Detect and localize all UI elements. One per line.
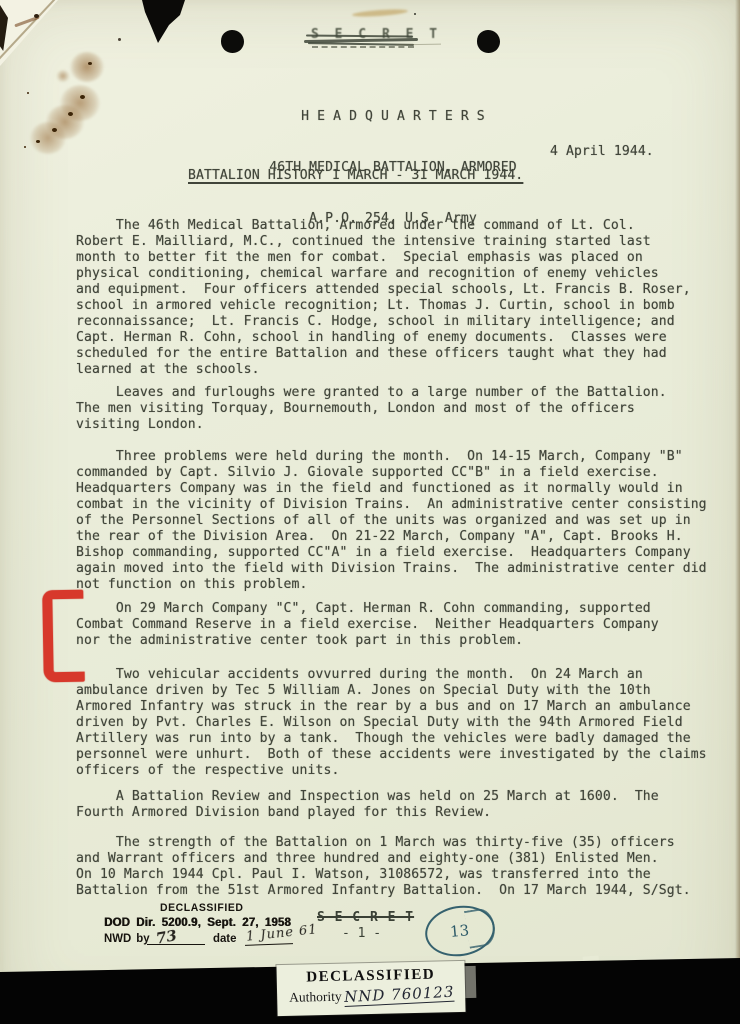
handwritten-initials: 73 bbox=[155, 926, 179, 947]
paragraph-6: A Battalion Review and Inspection was he… bbox=[76, 789, 659, 821]
stain-blob bbox=[70, 52, 104, 82]
stain-speck bbox=[52, 128, 57, 132]
page-number: - 1 - bbox=[342, 926, 381, 941]
stain-speck bbox=[27, 92, 29, 94]
archive-declassified-label: DECLASSIFIED AuthorityNND 760123 bbox=[276, 961, 465, 1016]
paragraph-3: Three problems were held during the mont… bbox=[76, 449, 707, 593]
red-bracket-annotation bbox=[42, 590, 85, 683]
authority-number-handwritten: NND 760123 bbox=[343, 983, 454, 1007]
scanned-document-page: S E C R E T H E A D Q U A R T E R S 46TH… bbox=[0, 0, 740, 1024]
secret-stamp-bottom: S-E-C-R-E-T bbox=[317, 910, 414, 925]
stain-speck bbox=[80, 95, 85, 99]
document-date: 4 April 1944. bbox=[550, 144, 654, 160]
document-title: BATTALION HISTORY 1 MARCH - 31 MARCH 194… bbox=[188, 168, 523, 184]
dod-stamp-date-label: date bbox=[213, 931, 236, 945]
hole-punch bbox=[477, 30, 500, 53]
paragraph-4: On 29 March Company "C", Capt. Herman R.… bbox=[76, 601, 659, 649]
hole-punch bbox=[221, 30, 244, 53]
stain-speck bbox=[24, 146, 26, 148]
authority-label: Authority bbox=[289, 989, 342, 1005]
paragraph-7: The strength of the Battalion on 1 March… bbox=[76, 835, 691, 899]
stain-blob bbox=[56, 70, 70, 82]
paragraph-5: Two vehicular accidents ovvurred during … bbox=[76, 667, 707, 779]
stain-speck bbox=[118, 38, 121, 41]
letterhead-line-1: H E A D Q U A R T E R S bbox=[269, 108, 516, 125]
stain-speck bbox=[88, 62, 92, 65]
dod-stamp-nwd-label: NWD by bbox=[104, 931, 150, 945]
stain-speck bbox=[68, 112, 73, 116]
paper-right-edge-shadow bbox=[735, 0, 740, 958]
stain-blob bbox=[30, 122, 66, 154]
dod-stamp-declassified: DECLASSIFIED bbox=[160, 902, 243, 914]
paragraph-1: The 46th Medical Battalion, Armored unde… bbox=[76, 218, 691, 378]
strike-dashes bbox=[312, 46, 414, 48]
stain-speck bbox=[414, 13, 416, 15]
paragraph-2: Leaves and furloughs were granted to a l… bbox=[76, 385, 667, 433]
stain-speck bbox=[36, 140, 40, 143]
circled-number: 13 bbox=[450, 921, 471, 941]
fold-stain-dot bbox=[34, 14, 39, 18]
archive-authority-row: AuthorityNND 760123 bbox=[277, 984, 465, 1007]
